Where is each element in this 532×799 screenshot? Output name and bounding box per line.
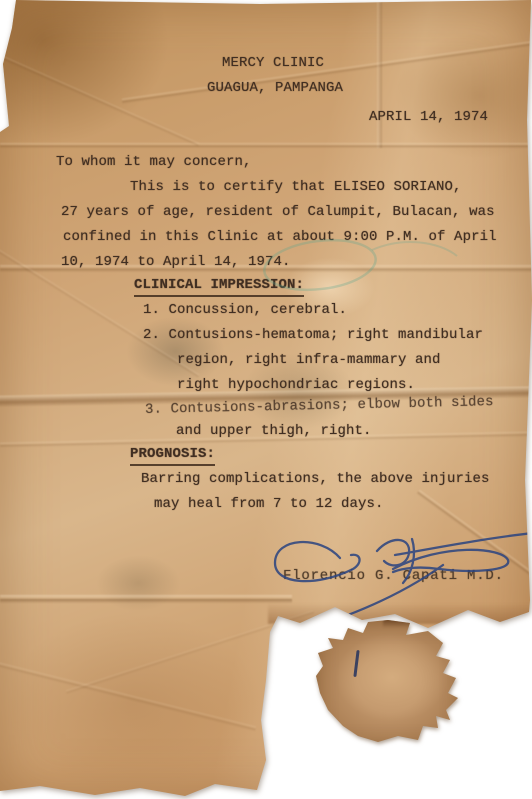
clinic-location: GUAGUA, PAMPANGA <box>207 80 343 97</box>
signature-ink <box>245 513 532 628</box>
clinic-name: MERCY CLINIC <box>222 55 324 72</box>
crease-line <box>0 654 256 731</box>
signature-stroke <box>317 565 443 626</box>
impression-item: 1. Concussion, cerebral. <box>143 302 347 319</box>
prognosis-line: may heal from 7 to 12 days. <box>154 496 384 513</box>
stamp-scribble <box>372 242 457 256</box>
impression-item-continuation: right hypochondriac regions. <box>177 377 415 394</box>
prognosis-line: Barring complications, the above injurie… <box>141 471 490 488</box>
body-line: 27 years of age, resident of Calumpit, B… <box>61 204 495 221</box>
salutation: To whom it may concern, <box>56 154 252 171</box>
signature-stroke <box>275 542 360 581</box>
fragment-edge-stain <box>383 618 433 628</box>
scanned-document: MERCY CLINIC GUAGUA, PAMPANGA APRIL 14, … <box>0 0 532 799</box>
body-line: This is to certify that ELISEO SORIANO, <box>130 179 462 196</box>
impression-item-continuation: region, right infra-mammary and <box>177 352 441 369</box>
crease-line <box>0 143 532 148</box>
blue-ink-mark <box>353 650 359 677</box>
torn-fragment-wrap <box>313 618 465 750</box>
impression-item: 2. Contusions-hematoma; right mandibular <box>143 327 483 344</box>
prognosis-heading: PROGNOSIS: <box>130 446 215 466</box>
stamp-mark <box>252 228 472 303</box>
torn-fragment <box>313 618 465 750</box>
signature-stroke <box>395 533 532 555</box>
certificate-date: APRIL 14, 1974 <box>369 109 488 126</box>
impression-item-continuation: and upper thigh, right. <box>176 423 372 440</box>
crease-line <box>66 610 315 694</box>
stamp-ellipse <box>261 234 378 295</box>
